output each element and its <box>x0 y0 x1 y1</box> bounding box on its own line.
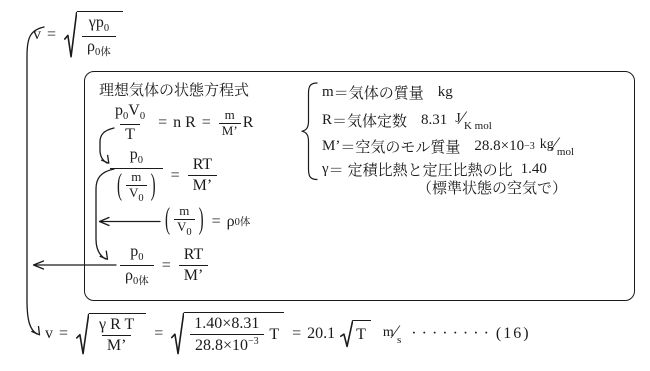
radical-sign-icon <box>171 312 184 356</box>
exponent: −3 <box>248 336 259 347</box>
rho-subscript: 0体 <box>133 276 149 287</box>
numerator: p0 <box>125 146 148 168</box>
rho-subscript: 0体 <box>235 214 251 229</box>
R-symbol: R <box>243 114 254 132</box>
right-paren: ) <box>151 170 156 205</box>
formula-top: v = γp0 ρ0体 <box>33 11 125 59</box>
value: 8.31 <box>421 112 447 129</box>
numerator: 1.40×8.31 <box>189 315 264 334</box>
V-subscript: 0 <box>186 227 191 238</box>
equals-sign: = <box>154 325 163 343</box>
equals-sign: = <box>171 167 180 185</box>
denominator: V0 <box>126 185 147 205</box>
denominator: T <box>120 124 140 144</box>
value-exponent: −3 <box>524 141 535 152</box>
RT-over-M-fraction: RT M’ <box>188 156 218 196</box>
numerator: γp0 <box>84 14 114 36</box>
T-symbol: T <box>269 326 279 344</box>
label: 気体定数 <box>347 110 407 131</box>
denominator: ρ0体 <box>82 36 116 59</box>
equals-sign: = <box>162 257 171 275</box>
equals-sign: ＝ <box>329 159 344 180</box>
value: 1.40 <box>521 161 547 178</box>
mass-molar-fraction: m M’ <box>219 108 241 139</box>
rho-symbol: ρ <box>125 267 133 284</box>
unit-denominator: K mol <box>464 120 492 132</box>
denominator: M’ <box>102 335 132 355</box>
denominator: 28.8×10−3 <box>190 334 264 355</box>
p-subscript: 0 <box>104 23 109 34</box>
rho-subscript: 0体 <box>95 47 111 58</box>
nR-term: n R <box>173 114 196 132</box>
box-title: 理想気体の状態方程式 <box>99 79 249 100</box>
unit-m-per-s: m⁄s <box>383 322 401 346</box>
definition-gas-constant: R＝気体定数8.31J⁄K mol <box>322 108 492 132</box>
p-symbol: p <box>96 14 104 31</box>
radicand: T <box>353 320 371 348</box>
numerator: γ R T <box>94 316 139 335</box>
m-over-V0: m V0 <box>174 204 195 239</box>
label: 気体の質量 <box>349 82 424 103</box>
right-paren: ) <box>199 204 204 239</box>
equals-sign: = <box>158 114 167 132</box>
unit: kg⁄mol <box>540 134 574 158</box>
coefficient: 20.1 <box>307 325 335 343</box>
sqrt-expression: γ R T M’ <box>76 313 146 356</box>
fraction: γ R T M’ <box>94 316 139 356</box>
radical-sign-icon <box>64 11 77 59</box>
definition-mass: m＝気体の質量kg <box>322 82 453 103</box>
fraction: p0 ρ0体 <box>120 243 154 288</box>
denominator: M’ <box>179 265 209 285</box>
equals-sign: = <box>212 213 221 231</box>
rho-symbol: ρ <box>87 38 95 55</box>
numerator: p0 <box>125 243 148 265</box>
numerator: m <box>128 170 144 185</box>
V-subscript: 0 <box>138 193 143 204</box>
symbol: M’ <box>322 138 340 155</box>
radical-sign-icon <box>76 313 89 356</box>
equals-sign: = <box>47 26 56 44</box>
equals-sign: = <box>292 325 301 343</box>
document-page: v = γp0 ρ0体 理想気体の状態方程式 p0V0 T = n R = m <box>0 0 650 371</box>
numerator: p0V0 <box>110 102 150 124</box>
unit-numerator: m <box>383 325 394 340</box>
substitution-definition: ( m V0 ) = ρ0体 <box>163 204 250 239</box>
V-symbol: V <box>128 102 140 119</box>
result-arrowhead-icon <box>34 261 44 269</box>
sqrt-T: T <box>340 320 371 348</box>
sqrt-expression: 1.40×8.31 28.8×10−3 T <box>171 312 284 356</box>
radicand: γp0 ρ0体 <box>77 11 123 59</box>
V-symbol: V <box>177 219 186 234</box>
label: 空気のモル質量 <box>355 136 460 157</box>
sqrt-expression: γp0 ρ0体 <box>64 11 123 59</box>
fraction: 1.40×8.31 28.8×10−3 <box>189 315 264 356</box>
radical-sign-icon <box>340 320 353 348</box>
equals-sign: = <box>59 325 68 343</box>
leader-dots: ········ <box>411 325 494 343</box>
p-symbol: p <box>130 146 138 163</box>
mantissa: 28.8×10 <box>195 337 248 354</box>
equals-sign: ＝ <box>340 136 355 157</box>
definition-molar-mass: M’＝空気のモル質量28.8×10−3kg⁄mol <box>322 134 574 158</box>
numerator: m <box>176 204 192 219</box>
p-symbol: p <box>115 102 123 119</box>
symbol: m <box>322 84 334 101</box>
value: 28.8×10 <box>474 138 524 155</box>
rho-symbol: ρ <box>227 213 235 231</box>
formula-top-row: v = γp0 ρ0体 <box>33 11 125 59</box>
numerator: RT <box>188 156 217 175</box>
radicand: 1.40×8.31 28.8×10−3 T <box>184 312 284 356</box>
equation-density-form: p0 ( m V0 ) = RT M’ <box>108 146 219 205</box>
equals-sign: ＝ <box>334 82 349 103</box>
left-paren: ( <box>165 204 170 239</box>
left-paren: ( <box>117 170 122 205</box>
V-subscript: 0 <box>140 111 145 122</box>
equation-number: (16) <box>496 325 531 343</box>
symbol: γ <box>322 161 329 178</box>
denominator: V0 <box>174 219 195 239</box>
symbol: R <box>322 112 332 129</box>
fraction: p0V0 T <box>110 102 150 144</box>
equals-sign: = <box>202 114 211 132</box>
p-subscript: 0 <box>138 155 143 166</box>
unit: J⁄K mol <box>455 108 491 132</box>
radicand: γ R T M’ <box>89 313 146 356</box>
gamma-symbol: γ <box>89 14 96 31</box>
denominator: M’ <box>219 123 241 139</box>
m-over-V0: m V0 <box>126 170 147 205</box>
definition-note: （標準状態の空気で） <box>417 177 567 198</box>
V-symbol: V <box>129 185 138 200</box>
unit-numerator: kg <box>540 137 554 152</box>
outer-loop-line <box>27 27 44 334</box>
equals-sign: ＝ <box>332 110 347 131</box>
numerator: RT <box>179 246 208 265</box>
RT-over-M-fraction: RT M’ <box>179 246 209 286</box>
formula-bottom: v = γ R T M’ = 1.40×8.31 28.8×10−3 T = <box>45 312 531 356</box>
unit-denominator: s <box>397 334 401 346</box>
denominator: ρ0体 <box>120 265 154 288</box>
unit: kg <box>438 84 453 101</box>
equation-state: p0V0 T = n R = m M’ R <box>108 102 253 144</box>
denominator: M’ <box>188 175 218 195</box>
var-v: v <box>45 325 53 343</box>
outer-loop-arrowhead-icon <box>32 327 40 335</box>
var-v: v <box>33 26 41 44</box>
denominator: ( m V0 ) <box>110 168 163 205</box>
equation-result: p0 ρ0体 = RT M’ <box>118 243 210 288</box>
fraction: γp0 ρ0体 <box>82 14 116 59</box>
p-subscript: 0 <box>138 252 143 263</box>
fraction: p0 ( m V0 ) <box>110 146 163 205</box>
unit-denominator: mol <box>557 146 574 158</box>
numerator: m <box>222 108 238 123</box>
